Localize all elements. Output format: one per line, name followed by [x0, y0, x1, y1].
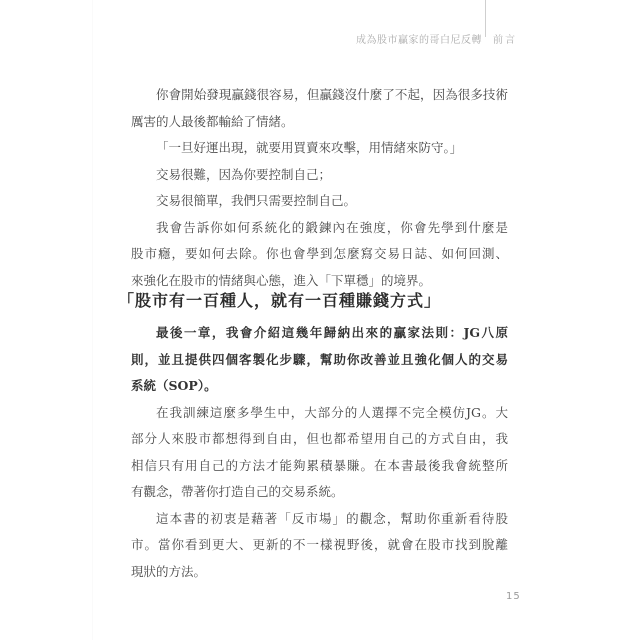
closing-paragraphs: 最後一章，我會介紹這幾年歸納出來的贏家法則：JG八原則，並且提供四個客製化步驟，… — [131, 320, 508, 585]
paragraph: 我會告訴你如何系統化的鍛鍊內在強度，你會先學到什麼是股市癮，要如何去除。你也會學… — [131, 215, 508, 295]
header-divider-rule — [485, 0, 486, 37]
intro-paragraphs: 你會開始發現贏錢很容易，但贏錢沒什麼了不起，因為很多技術厲害的人最後都輸給了情緒… — [131, 82, 508, 294]
text-line: 最後一章，我會介紹這幾年歸納出來的贏家法則：JG八原 — [131, 320, 508, 347]
text-line: 股市癮，要如何去除。你也會學到怎麼寫交易日誌、如何回測、 — [131, 241, 508, 268]
text-line: 你會開始發現贏錢很容易，但贏錢沒什麼了不起，因為很多技術 — [131, 82, 508, 109]
text-line: 現狀的方法。 — [131, 559, 508, 586]
text-line: 則，並且提供四個客製化步驟，幫助你改善並且強化個人的交易 — [131, 347, 508, 374]
text-line: 市。當你看到更大、更新的不一樣視野後，就會在股市找到脫離 — [131, 532, 508, 559]
paragraph: 交易很難，因為你要控制自己； — [131, 162, 508, 189]
paragraph: 「一旦好運出現，就要用買賣來攻擊，用情緒來防守。」 — [131, 135, 508, 162]
paragraph: 在我訓練這麼多學生中，大部分的人選擇不完全模仿JG。大部分人來股市都想得到自由，… — [131, 400, 508, 506]
text-line: 在我訓練這麼多學生中，大部分的人選擇不完全模仿JG。大 — [131, 400, 508, 427]
paragraph: 交易很簡單，我們只需要控制自己。 — [131, 188, 508, 215]
running-header-section: 前言 — [493, 35, 517, 47]
text-line: 交易很簡單，我們只需要控制自己。 — [131, 188, 508, 215]
book-page: 成為股市贏家的哥白尼反轉 前言 你會開始發現贏錢很容易，但贏錢沒什麼了不起，因為… — [0, 0, 640, 640]
paragraph: 你會開始發現贏錢很容易，但贏錢沒什麼了不起，因為很多技術厲害的人最後都輸給了情緒… — [131, 82, 508, 135]
page-edge-line — [92, 0, 93, 640]
text-line: 系統（SOP）。 — [131, 373, 508, 400]
text-line: 厲害的人最後都輸給了情緒。 — [131, 109, 508, 136]
paragraph: 這本書的初衷是藉著「反市場」的觀念，幫助你重新看待股市。當你看到更大、更新的不一… — [131, 506, 508, 586]
text-line: 有觀念，帶著你打造自己的交易系統。 — [131, 479, 508, 506]
text-line: 「一旦好運出現，就要用買賣來攻擊，用情緒來防守。」 — [131, 135, 508, 162]
paragraph: 最後一章，我會介紹這幾年歸納出來的贏家法則：JG八原則，並且提供四個客製化步驟，… — [131, 320, 508, 400]
text-line: 這本書的初衷是藉著「反市場」的觀念，幫助你重新看待股 — [131, 506, 508, 533]
text-line: 相信只有用自己的方法才能夠累積暴賺。在本書最後我會統整所 — [131, 453, 508, 480]
running-header-book-title: 成為股市贏家的哥白尼反轉 — [356, 35, 482, 47]
section-heading: 「股市有一百種人，就有一百種賺錢方式」 — [118, 290, 441, 312]
text-line: 交易很難，因為你要控制自己； — [131, 162, 508, 189]
page-number: 15 — [506, 591, 521, 603]
text-line: 我會告訴你如何系統化的鍛鍊內在強度，你會先學到什麼是 — [131, 215, 508, 242]
text-line: 部分人來股市都想得到自由，但也都希望用自己的方式自由，我 — [131, 426, 508, 453]
